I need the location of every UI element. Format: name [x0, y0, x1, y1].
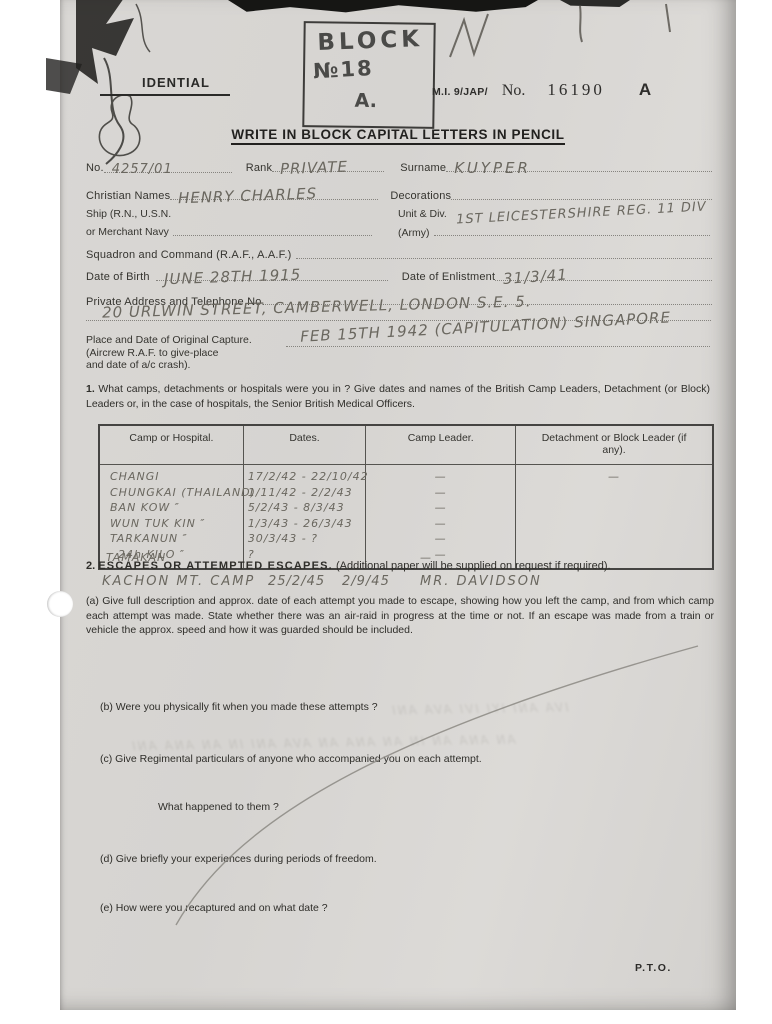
bleed-through-smudge: AN ANA AN IN AN ANA AN AVA ANI IN AN ANA… [130, 733, 516, 754]
ship-label-line1: Ship (R.N., U.S.N. [86, 208, 372, 221]
table-row-dates: 1/3/43 - 26/3/43 [244, 516, 365, 532]
ship-label-line2: or Merchant Navy [86, 226, 169, 239]
surname-field-line: KUYPER [446, 157, 712, 172]
dob-label: Date of Birth [86, 271, 150, 283]
form-title: WRITE IN BLOCK CAPITAL LETTERS IN PENCIL [60, 126, 736, 144]
table-row-camp: BAN KOW ″ [100, 500, 243, 516]
rank-field-value: PRIVATE [272, 158, 349, 179]
surname-field-value: KUYPER [446, 159, 531, 177]
decorations-value [451, 187, 459, 205]
table-row-camp: CHANGI [100, 469, 243, 485]
capture-field: Place and Date of Original Capture. (Air… [86, 334, 286, 372]
col-header-camp: Camp or Hospital. [100, 426, 244, 464]
enlistment-value: 31/3/41 [495, 265, 569, 288]
extra-camp-date-to: 2/9/45 [342, 574, 390, 589]
extra-camp-name: KACHON MT. CAMP [102, 574, 255, 589]
surname-field-label: Surname [400, 162, 446, 174]
block-stamp-line1: BLOCK [317, 26, 424, 56]
row-no-rank-surname: No. 4257/01 Rank PRIVATE Surname KUYPER [86, 157, 712, 174]
form-page: IDENTIAL BLOCK №18 A. M.I. 9/JAP/ No. 16… [60, 0, 736, 1010]
table-row-leader: — [366, 469, 515, 485]
question-2-note: (Additional paper will be supplied on re… [336, 560, 611, 572]
capture-label-line2: (Aircrew R.A.F. to give-place [86, 347, 286, 360]
table-row-detachment [516, 500, 712, 516]
question-2-heading: 2. ESCAPES OR ATTEMPTED ESCAPES. (Additi… [86, 560, 611, 572]
decorations-line [451, 185, 712, 200]
christian-names-line: HENRY CHARLES [170, 185, 378, 200]
no-label: No. [502, 82, 526, 100]
confidential-stamp: IDENTIAL [100, 74, 230, 96]
extra-camp-row: KACHON MT. CAMP 25/2/45 2/9/45 MR. DAVID… [60, 574, 736, 590]
table-row-camp: CHUNGKAI (THAILAND) [100, 485, 243, 501]
question-2d: (d) Give briefly your experiences during… [100, 852, 700, 867]
capture-label-line1: Place and Date of Original Capture. [86, 334, 286, 347]
squadron-line [296, 244, 713, 259]
ship-field: Ship (R.N., U.S.N. or Merchant Navy [86, 208, 372, 238]
row-dob-enlistment: Date of Birth JUNE 28TH 1915 Date of Enl… [86, 266, 712, 283]
table-row-detachment [516, 531, 712, 547]
file-suffix: A [639, 80, 651, 100]
file-reference: M.I. 9/JAP/ No. 16190 A [432, 80, 651, 100]
table-row-leader: — [366, 500, 515, 516]
question-2c: (c) Give Regimental particulars of anyon… [100, 752, 700, 767]
block-stamp-line2: №18 [312, 56, 374, 83]
block-stamp-line3: A. [354, 90, 377, 112]
confidential-text: IDENTIAL [100, 75, 210, 90]
squadron-label: Squadron and Command (R.A.F., A.A.F.) [86, 249, 292, 261]
block-stamp: BLOCK №18 A. [302, 21, 435, 129]
table-row-leader: — [366, 516, 515, 532]
pencil-n-marks [430, 2, 690, 72]
extra-camp-date-from: 25/2/45 [268, 574, 325, 589]
extra-camp-leader: MR. DAVIDSON [420, 574, 542, 589]
col-header-leader: Camp Leader. [366, 426, 516, 464]
question-2a: (a) Give full description and approx. da… [86, 594, 714, 638]
squadron-value [296, 246, 304, 264]
question-1: 1. What camps, detachments or hospitals … [86, 382, 710, 411]
no-field-label: No. [86, 162, 104, 174]
question-2-number: 2. [86, 560, 95, 572]
camp-table: Camp or Hospital. Dates. Camp Leader. De… [98, 424, 714, 570]
christian-names-value: HENRY CHARLES [170, 184, 318, 207]
table-row-dates: 5/2/43 - 8/3/43 [244, 500, 365, 516]
table-row-dates: 1/11/42 - 2/2/43 [244, 485, 365, 501]
col-header-dates: Dates. [244, 426, 366, 464]
row-names-decorations: Christian Names HENRY CHARLES Decoration… [86, 185, 712, 202]
rank-field-label: Rank [246, 162, 272, 174]
table-row-leader: — [366, 485, 515, 501]
christian-names-label: Christian Names [86, 190, 170, 202]
question-1-text: What camps, detachments or hospitals wer… [86, 383, 710, 410]
ship-line [173, 221, 372, 236]
hole-punch [47, 591, 73, 617]
mi-ref-label: M.I. 9/JAP/ [432, 86, 488, 98]
question-1-number: 1. [86, 383, 95, 395]
no-field-value: 4257/01 [104, 162, 173, 177]
enlistment-label: Date of Enlistment [402, 271, 495, 283]
table-row-detachment [516, 516, 712, 532]
capture-label-line3: and date of a/c crash). [86, 359, 286, 372]
table-row-camp: TARKANUN ″ [100, 531, 243, 547]
question-2-title: ESCAPES OR ATTEMPTED ESCAPES. [98, 560, 333, 572]
table-row-detachment: — [516, 469, 712, 485]
table-row-dates: 17/2/42 - 22/10/42 [244, 469, 365, 485]
rank-field-line: PRIVATE [272, 157, 384, 172]
scanned-pow-form: { "header": { "confidential_visible": "I… [0, 0, 772, 1024]
ship-value [173, 223, 181, 241]
enlistment-line: 31/3/41 [495, 266, 712, 281]
camp-table-header: Camp or Hospital. Dates. Camp Leader. De… [100, 426, 712, 465]
table-row-camp: WUN TUK KIN ″ [100, 516, 243, 532]
col-header-detachment: Detachment or Block Leader (if any). [516, 426, 712, 464]
table-row-detachment [516, 485, 712, 501]
table-row-leader: — [366, 531, 515, 547]
table-row-dates: 30/3/43 - ? [244, 531, 365, 547]
pto-label: P.T.O. [635, 962, 672, 974]
dob-line: JUNE 28TH 1915 [156, 266, 388, 281]
dob-value: JUNE 28TH 1915 [155, 265, 301, 288]
question-2e: (e) How were you recaptured and on what … [100, 901, 700, 916]
unit-label-line2: (Army) [398, 227, 430, 240]
bleed-through-smudge: IVA ANI IYI IVI AVA ANI [390, 700, 569, 717]
no-field-line: 4257/01 [104, 158, 232, 173]
file-number: 16190 [547, 80, 605, 100]
decorations-label: Decorations [390, 190, 451, 202]
unit-field: Unit & Div. (Army) 1ST LEICESTERSHIRE RE… [398, 208, 710, 239]
squadron-field: Squadron and Command (R.A.F., A.A.F.) [86, 244, 712, 261]
question-2c-followup: What happened to them ? [158, 800, 558, 815]
